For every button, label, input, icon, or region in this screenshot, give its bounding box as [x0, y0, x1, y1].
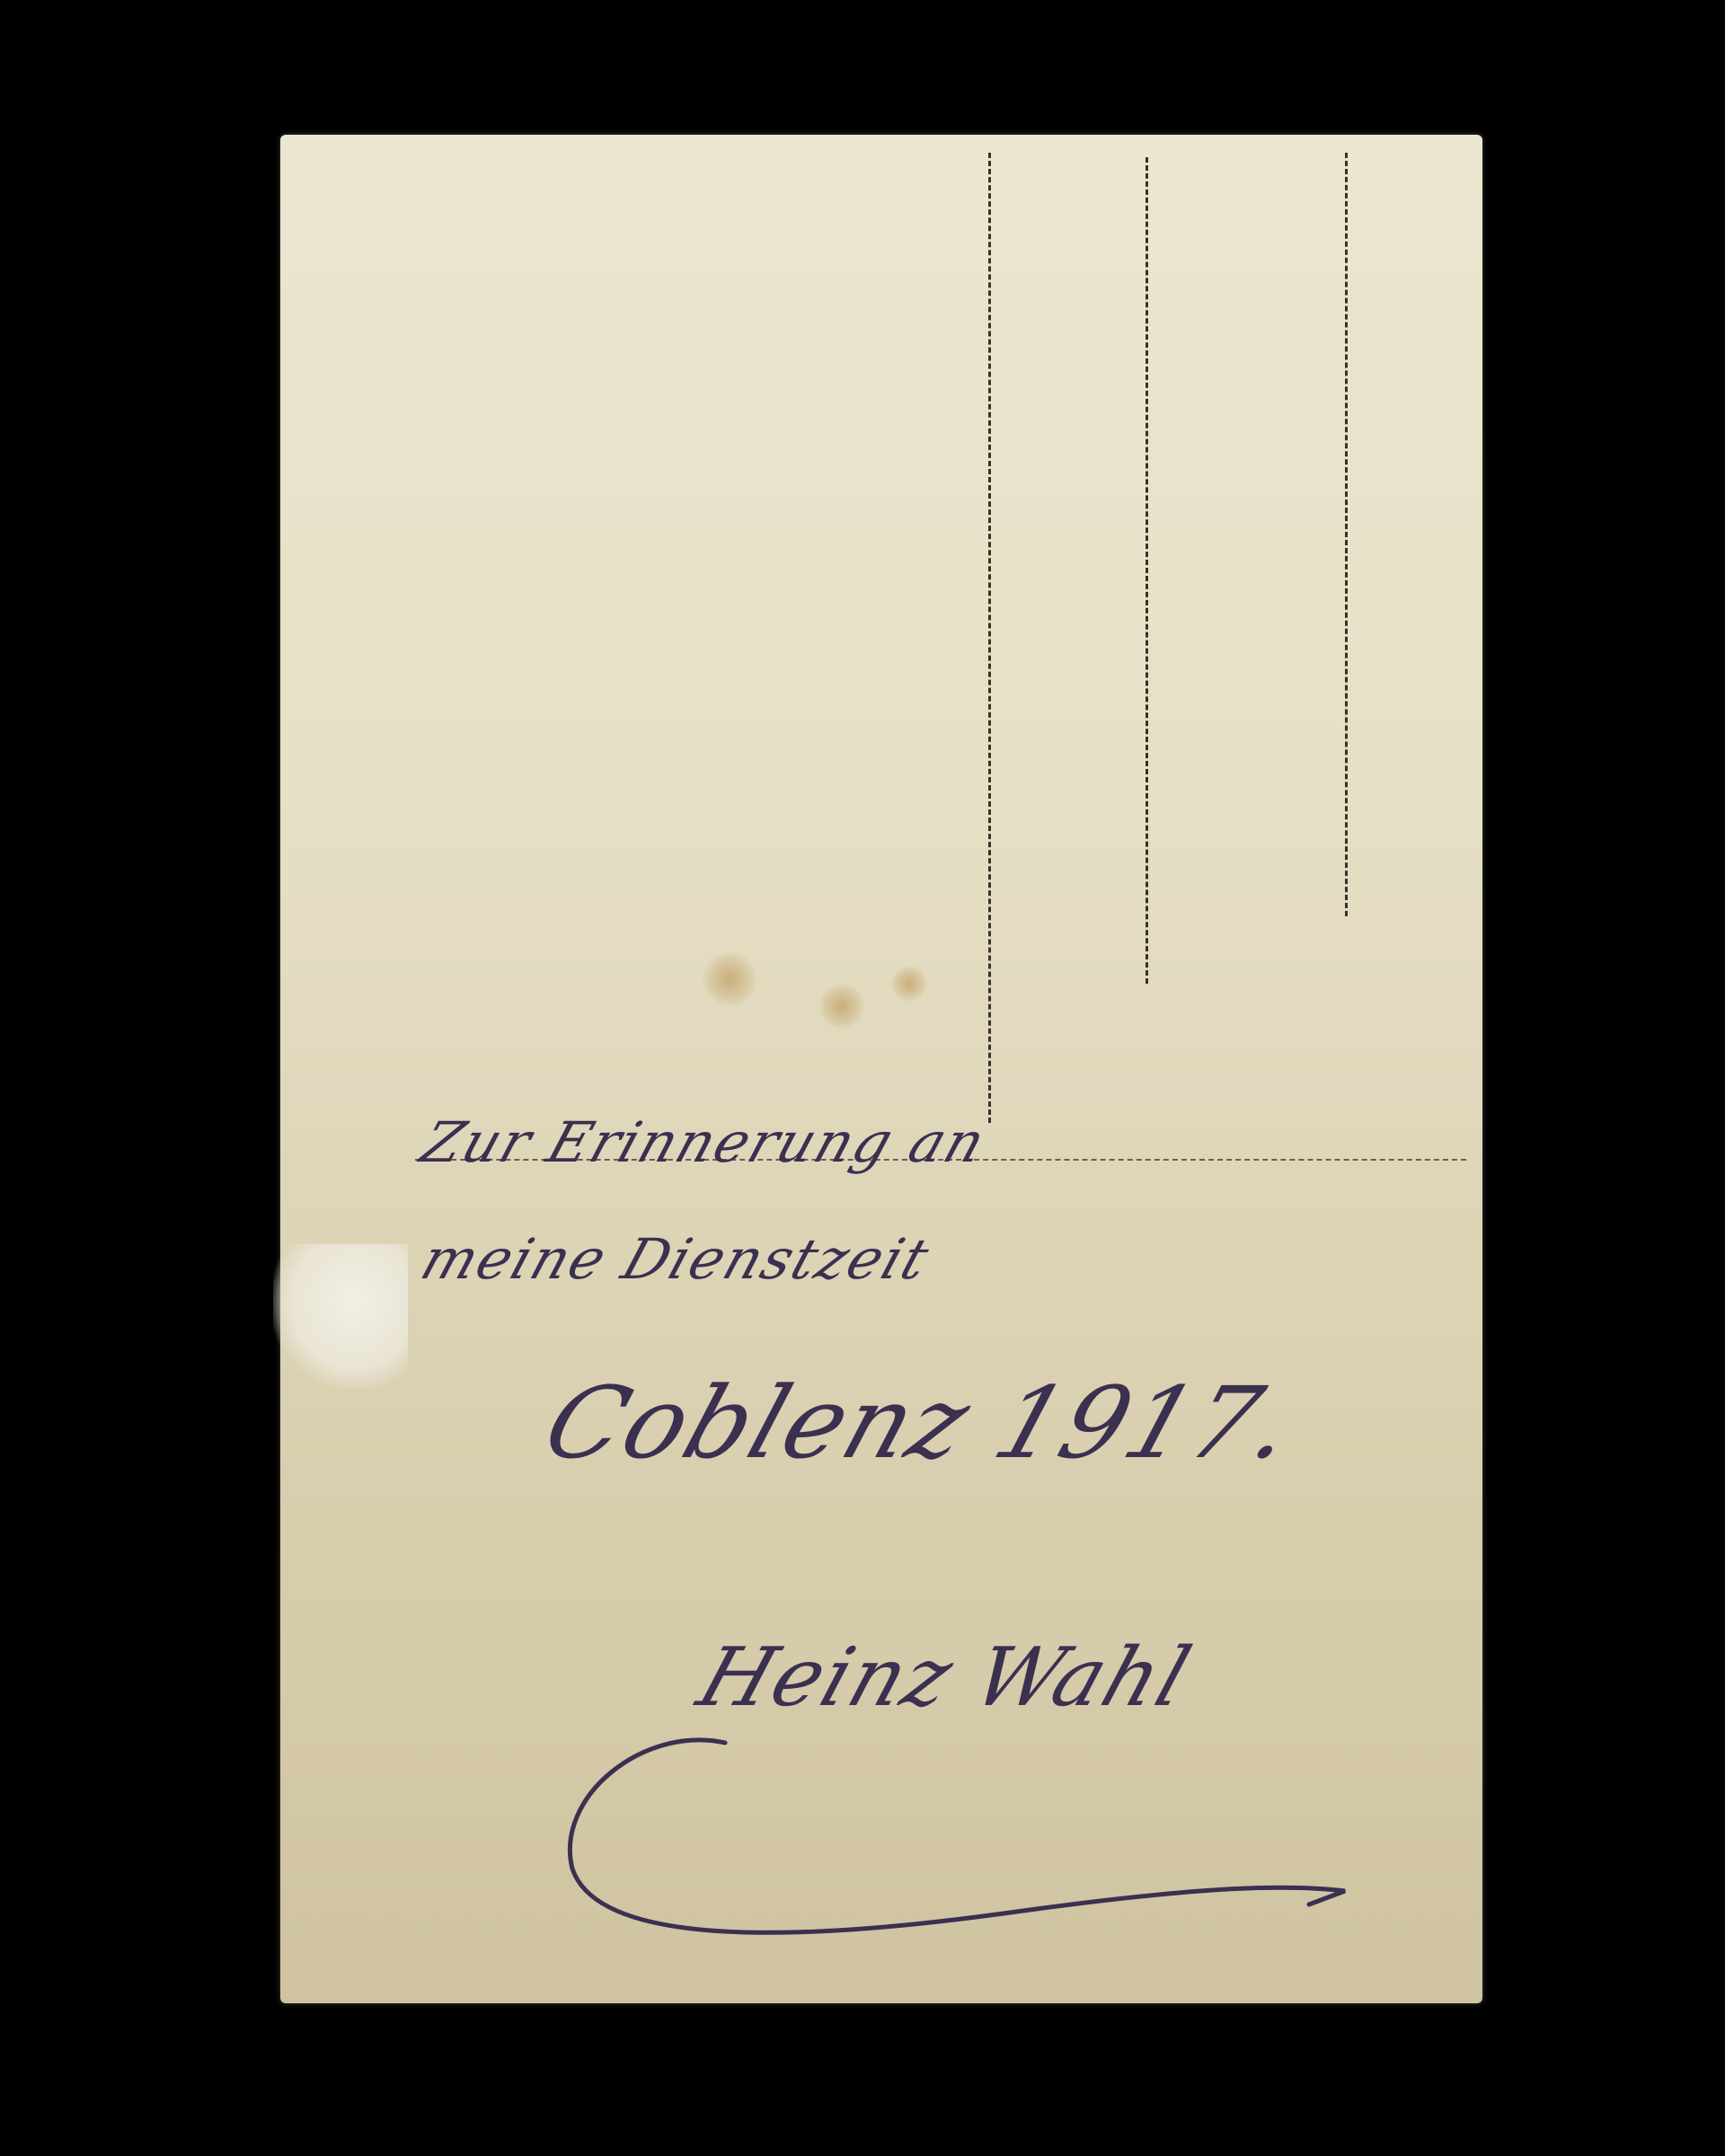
postcard: Zur Erinnerung an meine Dienstzeit Coble…: [280, 135, 1482, 2003]
address-divider-line: [1146, 157, 1148, 984]
stamp-box-line: [1345, 153, 1348, 916]
inscription-line-1: Zur Erinnerung an: [413, 1109, 995, 1175]
stain: [819, 984, 864, 1029]
inscription-place-date: Coblenz 1917.: [531, 1365, 1310, 1480]
address-divider-line: [988, 153, 991, 1123]
stain: [891, 966, 927, 1002]
signature-flourish: [536, 1689, 1390, 1958]
stain: [703, 952, 756, 1006]
inscription-line-2: meine Dienstzeit: [413, 1226, 938, 1292]
